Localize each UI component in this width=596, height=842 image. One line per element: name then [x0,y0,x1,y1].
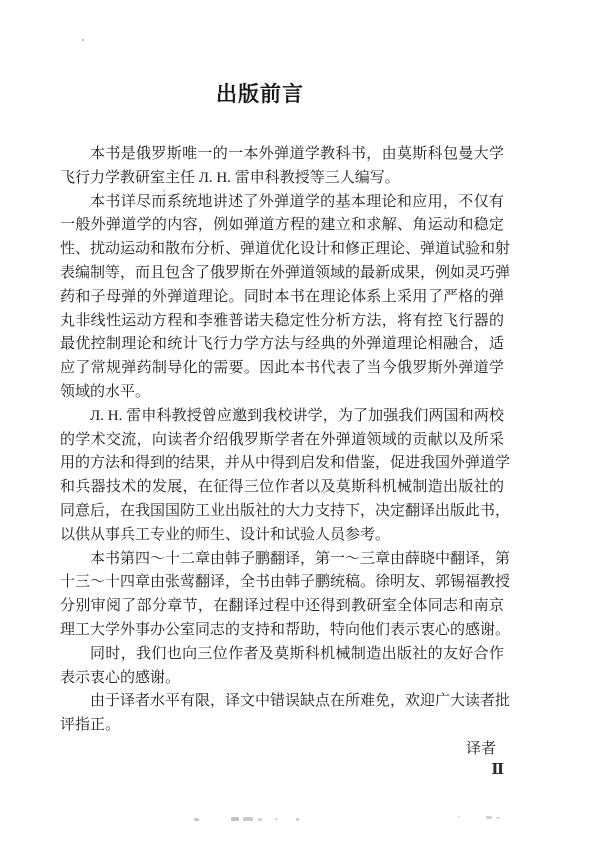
text-line: 本书详尽而系统地讲述了外弹道学的基本理论和应用，不仅有 [60,191,504,215]
text-line: 评指正。 [60,714,504,738]
book-page: 出版前言 本书是俄罗斯唯一的一本外弹道学教科书，由莫斯科包曼大学飞行力学教研室主… [0,0,596,842]
scan-speck [458,816,460,818]
translator-signature: 译者 [60,738,504,762]
text-line: 由于译者水平有限，译文中错误缺点在所难免，欢迎广大读者批 [60,690,504,714]
scan-speck [296,818,299,821]
text-line: 表编制等，而且包含了俄罗斯在外弹道领域的最新成果，例如灵巧弹 [60,262,504,286]
text-line: 同时，我们也向三位作者及莫斯科机械制造出版社的友好合作 [60,643,504,667]
scan-speck [194,818,199,821]
scan-speck [82,39,84,41]
text-line: 丸非线性运动方程和李雅普诺夫稳定性分析方法，将有控飞行器的 [60,310,504,334]
paragraph: 本书第四～十二章由韩子鹏翻译，第一～三章由薛晓中翻译，第十三～十四章由张莺翻译，… [60,548,504,643]
text-line: Л. Н. 雷申科教授曾应邀到我校讲学，为了加强我们两国和两校 [60,405,504,429]
text-line: 本书第四～十二章由韩子鹏翻译，第一～三章由薛晓中翻译，第 [60,548,504,572]
text-line: 药和子母弹的外弹道理论。同时本书在理论体系上采用了严格的弹 [60,286,504,310]
text-line: 理工大学外事办公室同志的支持和帮助，特向他们表示衷心的感谢。 [60,619,504,643]
page-title: 出版前言 [0,78,520,108]
page-number: Ⅱ [60,760,504,779]
text-line: 十三～十四章由张莺翻译，全书由韩子鹏统稿。徐明友、郭锡福教授 [60,571,504,595]
preface-text-block: 本书是俄罗斯唯一的一本外弹道学教科书，由莫斯科包曼大学飞行力学教研室主任 Л. … [60,143,504,762]
scan-speck [231,817,239,821]
text-line: 本书是俄罗斯唯一的一本外弹道学教科书，由莫斯科包曼大学 [60,143,504,167]
paragraph: 同时，我们也向三位作者及莫斯科机械制造出版社的友好合作表示衷心的感谢。 [60,643,504,691]
text-line: 分别审阅了部分章节，在翻译过程中还得到教研室全体同志和南京 [60,595,504,619]
scan-speck [275,818,278,820]
paragraph: 由于译者水平有限，译文中错误缺点在所难免，欢迎广大读者批评指正。 [60,690,504,738]
paragraph: 本书详尽而系统地讲述了外弹道学的基本理论和应用，不仅有一般外弹道学的内容，例如弹… [60,191,504,405]
scan-speck [163,190,165,192]
scan-speck [496,817,500,819]
text-line: 用的方法和得到的结果，并从中得到启发和借鉴，促进我国外弹道学 [60,452,504,476]
text-line: 同意后，在我国国防工业出版社的大力支持下，决定翻译出版此书， [60,500,504,524]
text-line: 飞行力学教研室主任 Л. Н. 雷申科教授等三人编写。 [60,167,504,191]
text-line: 表示衷心的感谢。 [60,667,504,691]
text-line: 最优控制理论和统计飞行力学方法与经典的外弹道理论相融合，适 [60,333,504,357]
text-line: 性、扰动运动和散布分析、弹道优化设计和修正理论、弹道试验和射 [60,238,504,262]
text-line: 领域的水平。 [60,381,504,405]
text-line: 应了常规弹药制导化的需要。因此本书代表了当今俄罗斯外弹道学 [60,357,504,381]
paragraph: Л. Н. 雷申科教授曾应邀到我校讲学，为了加强我们两国和两校的学术交流，向读者… [60,405,504,548]
scan-speck [486,816,492,819]
scan-speck [258,818,262,821]
scan-speck [243,817,253,821]
text-line: 的学术交流，向读者介绍俄罗斯学者在外弹道领域的贡献以及所采 [60,429,504,453]
text-line: 和兵器技术的发展，在征得三位作者以及莫斯科机械制造出版社的 [60,476,504,500]
text-line: 一般外弹道学的内容，例如弹道方程的建立和求解、角运动和稳定 [60,214,504,238]
text-line: 以供从事兵工专业的师生、设计和试验人员参考。 [60,524,504,548]
paragraph: 本书是俄罗斯唯一的一本外弹道学教科书，由莫斯科包曼大学飞行力学教研室主任 Л. … [60,143,504,191]
